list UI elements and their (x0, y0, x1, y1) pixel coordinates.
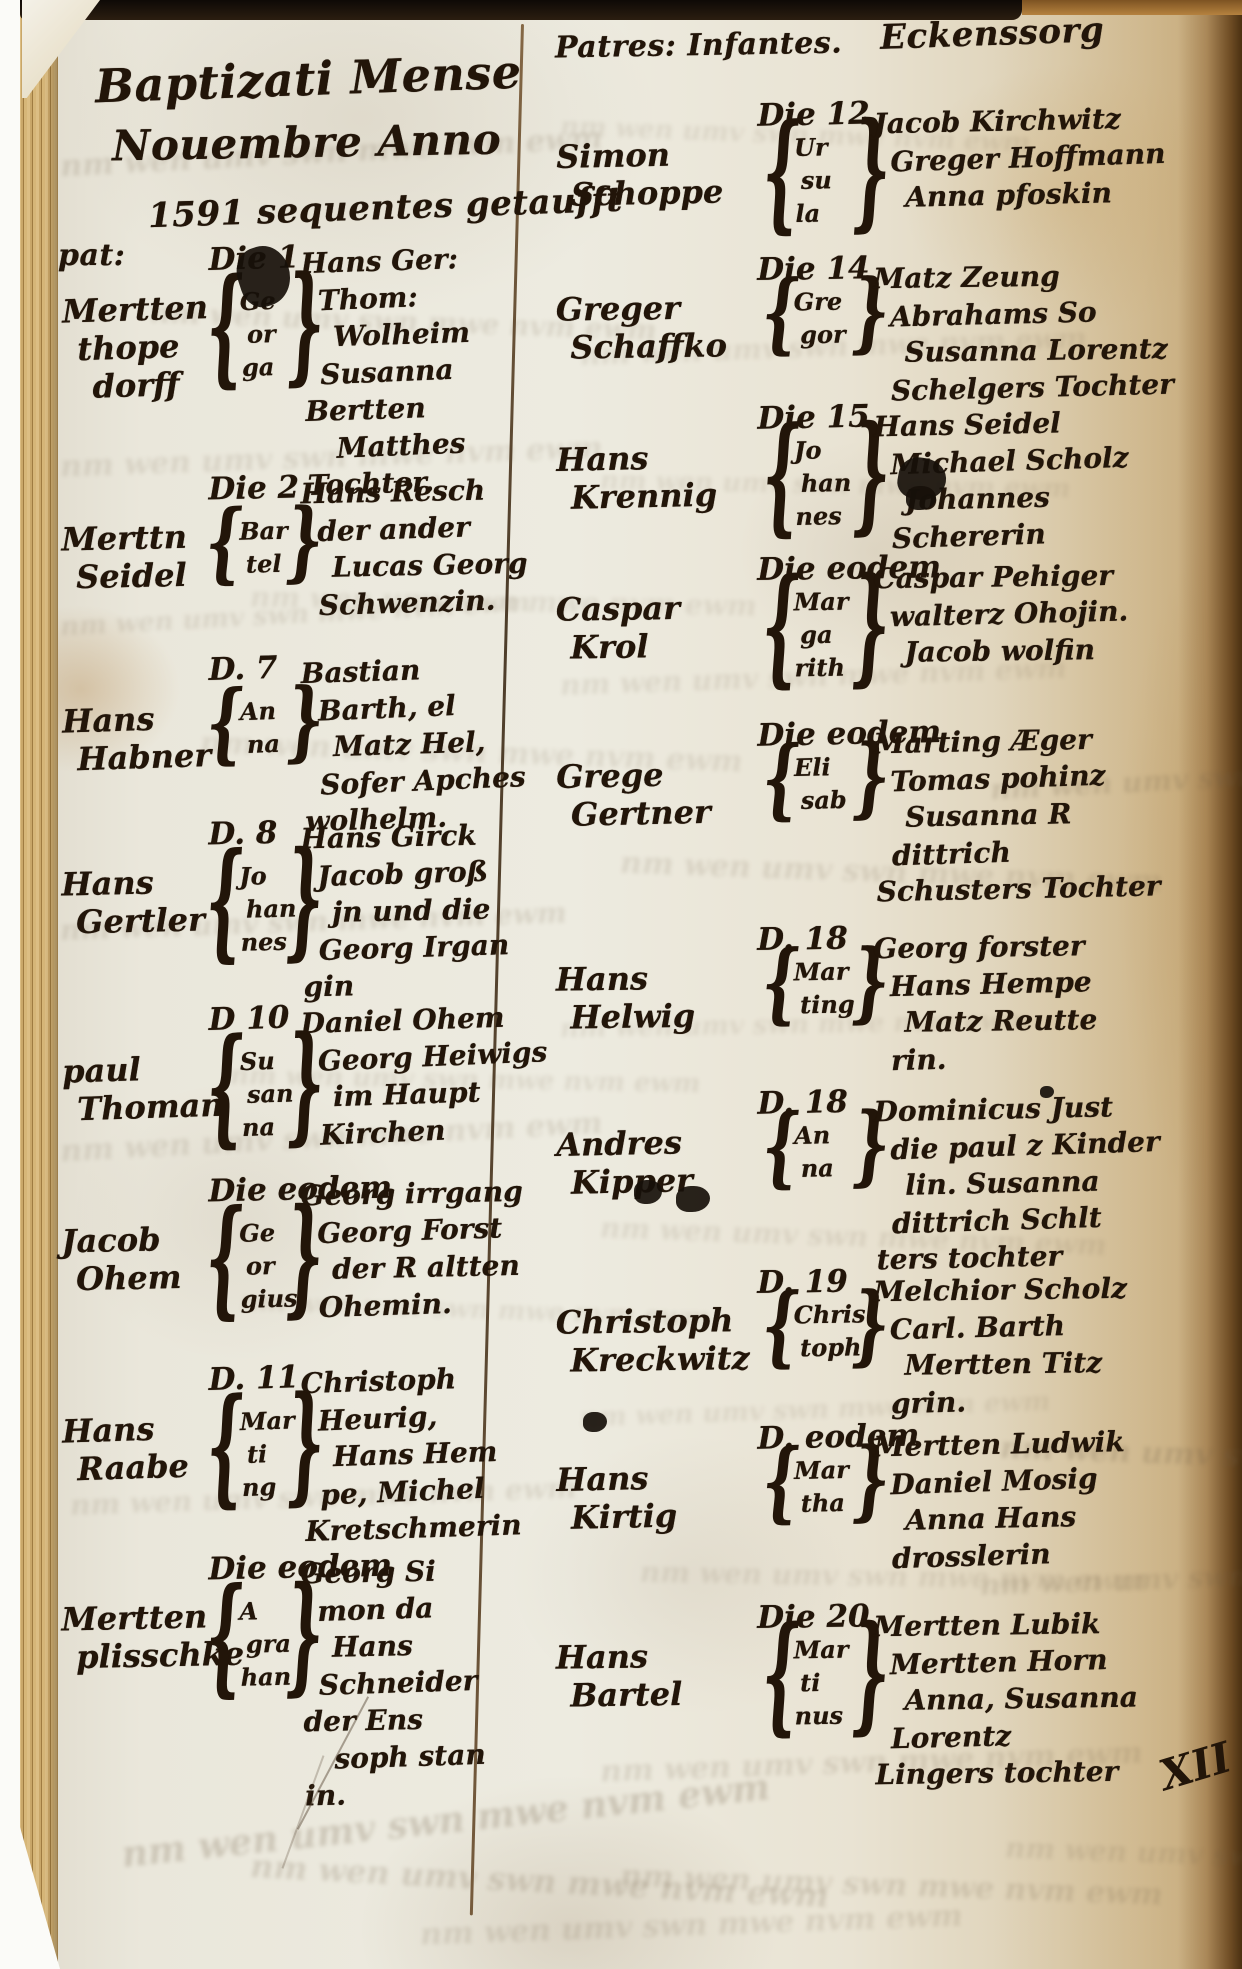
parent-name-line: Simon (556, 135, 723, 176)
godparent-list: BastianBarth, elMatz Hel,Sofer Apcheswol… (300, 648, 527, 840)
child-name-syllables: Anna (794, 1118, 834, 1185)
godparent-line: Schusters Tochter (876, 867, 1161, 910)
godparent-line: Lucas Georg (332, 545, 528, 586)
child-syllable: tel (246, 547, 289, 581)
child-name-syllables: Margarith (793, 585, 849, 685)
brace-open-icon: { (204, 1571, 244, 1699)
godparent-line: Lorentz (891, 1714, 1139, 1757)
brace-open-icon: { (204, 836, 244, 964)
brace-open-icon: { (204, 1193, 244, 1321)
godparent-line: Hans Resch (300, 471, 526, 513)
godparent-line: soph stan (334, 1736, 486, 1778)
godparent-line: Abrahams So (889, 292, 1173, 336)
godparent-list: Mertten LubikMertten HornAnna, SusannaLo… (873, 1605, 1139, 1794)
parent-name-line: Bartel (570, 1675, 682, 1715)
parent-name-line: Schoppe (571, 173, 724, 214)
child-name-syllables: Marting (793, 955, 854, 1022)
parent-name: ChristophKreckwitz (556, 1301, 750, 1380)
godparent-line: Hans Hempe (889, 963, 1097, 1005)
child-syllable: Ur (794, 130, 832, 164)
child-syllable: ti (800, 1666, 849, 1700)
parent-name: HansHelwig (556, 959, 696, 1037)
godparent-list: Mertten LudwikDaniel MosigAnna Hansdross… (873, 1423, 1127, 1576)
parent-name-line: Krennig (571, 476, 718, 517)
child-syllable: ga (241, 350, 278, 384)
parent-name: JacobOhem (61, 1220, 182, 1298)
child-syllable: gra (246, 1627, 292, 1661)
godparent-line: Ohemin. (318, 1283, 525, 1326)
child-syllable: Bar (239, 514, 288, 548)
godparent-line: der ander (317, 507, 528, 551)
godparent-line: Matthes (336, 424, 474, 467)
godparent-line: mon da (317, 1588, 483, 1630)
parent-name-line: dorff (92, 364, 211, 406)
child-syllable: Jo (794, 433, 851, 467)
child-syllable: Mar (793, 1633, 848, 1667)
parent-name: HansGertler (61, 862, 205, 941)
godparent-line: Mertten Ludwik (873, 1423, 1125, 1465)
godparent-line: der R altten (332, 1247, 525, 1288)
godparent-list: Daniel OhemGeorg Heiwigsim HauptKirchen (300, 997, 550, 1153)
brace-open-icon: { (205, 498, 244, 586)
parent-name: MerttnSeidel (61, 518, 188, 597)
child-syllable: sab (800, 783, 847, 817)
child-syllable: An (239, 694, 279, 728)
godparent-list: Hans GirckJacob großjn und dieGeorg Irga… (300, 816, 510, 1005)
godparent-line: walterz Ohojin. (889, 592, 1128, 635)
parent-name-line: Andres (556, 1123, 693, 1164)
child-syllable: nus (794, 1699, 849, 1733)
godparent-line: Hans Ger: (300, 240, 468, 282)
brace-open-icon: { (205, 678, 245, 766)
manuscript-page-scan: nm wen umv swn mwe nvm ewmnm wen umv swn… (0, 0, 1242, 1969)
godparent-list: Hans Reschder anderLucas GeorgSchwenzin. (300, 471, 529, 624)
godparent-line: Schneider (318, 1662, 484, 1704)
backing-strip (0, 0, 20, 1969)
godparent-line: Susanna (319, 350, 471, 393)
child-syllable: la (795, 196, 833, 230)
godparent-line: Georg Forst (317, 1209, 524, 1252)
child-syllable: ting (800, 988, 855, 1022)
parent-name: HansKirtig (556, 1458, 678, 1536)
parent-name-line: Mertten (62, 288, 209, 331)
godparent-list: Georg forsterHans HempeMatz Reutterin. (873, 927, 1098, 1078)
child-syllable: ga (800, 618, 849, 652)
godparent-line: Lingers tochter (875, 1753, 1139, 1794)
godparent-line: Mertten Titz (904, 1344, 1128, 1384)
parent-name-line: Hans (556, 1637, 682, 1677)
godparent-line: Hans Girck (300, 816, 507, 857)
child-syllable: nes (795, 499, 852, 533)
parent-name-line: Hans (556, 1458, 677, 1499)
child-syllable: Gre (793, 285, 845, 319)
parent-name-line: Schaffko (570, 326, 727, 366)
parent-name-line: Kreckwitz (570, 1339, 750, 1380)
godparent-line: Thom: (317, 276, 469, 319)
parent-name: GregerSchaffko (556, 288, 728, 366)
parent-name-line: Krol (570, 627, 681, 667)
child-syllable: Mar (793, 955, 854, 989)
parent-name-line: Raabe (77, 1447, 190, 1488)
godparent-list: Matz ZeungAbrahams SoSusanna LorentzSche… (873, 256, 1174, 408)
godparent-line: Matz Reutte (904, 1001, 1097, 1041)
child-syllable: Eli (794, 750, 847, 784)
godparent-line: Daniel Mosig (890, 1459, 1126, 1503)
parent-name: AndresKipper (556, 1123, 693, 1202)
godparent-line: Georg Irgan (318, 926, 509, 969)
godparent-list: ChristophHeurig,Hans Hempe, MichelKretsc… (300, 1358, 522, 1550)
page-edge-right (1178, 0, 1242, 1969)
child-syllable: na (800, 1151, 834, 1185)
child-syllable: han (240, 1660, 292, 1694)
parent-name-line: Gertler (76, 900, 205, 941)
parent-name-line: Helwig (570, 997, 695, 1037)
godparent-line: Schelgers Tochter (891, 366, 1175, 410)
child-syllable: or (246, 317, 277, 351)
page-title-line2: Nouembre Anno (112, 115, 502, 171)
child-name-syllables: Ursula (794, 130, 833, 230)
margin-note: pat: (58, 238, 125, 273)
book-gutter-page-edges (18, 0, 58, 1969)
godparent-line: Anna Hans (905, 1497, 1127, 1539)
parent-name: HansRaabe (62, 1409, 190, 1489)
godparent-line: Matz Zeung (873, 256, 1172, 297)
child-syllable: gor (800, 318, 846, 352)
parent-name: GregeGertner (556, 755, 711, 834)
binding-top-edge (20, 0, 1022, 20)
child-name-syllables: Bartel (239, 514, 289, 581)
parent-name-line: Seidel (76, 556, 188, 596)
child-syllable: han (800, 466, 851, 500)
godparent-list: Caspar Pehigerwalterz Ohojin.Jacob wolfi… (873, 557, 1129, 672)
godparent-line: der Ens (303, 1700, 485, 1741)
parent-name-line: Gertner (571, 793, 712, 834)
godparent-line: Anna, Susanna (904, 1679, 1138, 1719)
child-syllable: Mar (794, 1453, 849, 1487)
godparent-line: Susanna Lorentz (904, 330, 1173, 371)
godparent-line: Caspar Pehiger (873, 557, 1128, 598)
place-heading: Eckenssorg (879, 10, 1104, 58)
child-syllable: su (800, 163, 832, 197)
parent-name-line: Kirtig (571, 1496, 678, 1536)
parent-name-line: Habner (77, 736, 212, 778)
parent-name: HansHabner (62, 698, 212, 779)
godparent-line: Georg Si (300, 1552, 482, 1593)
child-syllable: Mar (793, 585, 848, 619)
parent-name-line: Grege (556, 755, 711, 796)
parent-name: Merttenthopedorff (62, 288, 211, 407)
child-name-syllables: Agrahan (239, 1594, 292, 1694)
godparent-list: Georg Simon daHansSchneiderder Enssoph s… (300, 1552, 487, 1815)
godparent-line: in. (305, 1774, 487, 1815)
child-syllable: tha (800, 1486, 849, 1520)
godparent-line: Wolheim (332, 314, 470, 355)
parent-name: HansBartel (556, 1637, 683, 1715)
child-name-syllables: Anna (239, 694, 280, 761)
godparent-line: Jacob wolfin (904, 631, 1129, 671)
godparent-list: Jacob KirchwitzGreger HoffmannAnna pfosk… (873, 99, 1166, 216)
godparent-line: Melchior Scholz (873, 1270, 1127, 1311)
godparent-line: Jacob groß (317, 852, 508, 895)
parent-name-line: Hans (62, 698, 211, 741)
godparent-list: Marting ÆgerTomas pohinzSusanna Rdittric… (873, 719, 1161, 910)
parent-name-line: Greger (556, 288, 727, 328)
parent-name-line: thope (77, 326, 210, 368)
child-syllable: rith (794, 651, 849, 685)
parent-name: paulThoman (62, 1048, 225, 1129)
godparent-line: Hans (332, 1626, 484, 1666)
child-syllable: An (794, 1118, 834, 1152)
godparent-list: Dominicus Justdie paul z Kinderlin. Susa… (873, 1087, 1162, 1278)
godparent-line: Mertten Horn (889, 1640, 1137, 1683)
parent-name-line: Ohem (76, 1258, 182, 1298)
parent-name-line: Thoman (77, 1086, 224, 1129)
child-name-syllables: Gregor (793, 285, 845, 352)
godparent-line: Schwenzin. (318, 581, 529, 625)
child-name-syllables: Elisab (794, 750, 847, 817)
godparent-line: Georg forster (873, 927, 1096, 967)
parent-name: HansKrennig (556, 438, 718, 517)
godparent-list: Hans Ger:Thom:WolheimSusannaBerttenMatth… (300, 240, 475, 504)
parent-name-line: paul (62, 1048, 223, 1091)
parent-name-line: Christoph (556, 1301, 750, 1342)
parent-name-line: Hans (61, 862, 204, 903)
godparent-line: drosslerin (891, 1533, 1127, 1577)
child-syllable: na (246, 727, 280, 761)
parent-name-line: Hans (62, 1409, 189, 1451)
child-name-syllables: Johannes (794, 433, 853, 533)
child-name-syllables: Martinus (793, 1633, 849, 1733)
godparent-line: jn und die (332, 890, 509, 931)
godparent-line: rin. (891, 1037, 1099, 1079)
godparent-line: Bertten (305, 388, 473, 430)
parent-name-line: Kipper (571, 1161, 694, 1202)
parent-name-line: Merttn (61, 518, 187, 559)
parent-name: CasparKrol (556, 589, 681, 667)
godparent-list: Georg irrgangGeorg Forstder R alttenOhem… (300, 1173, 525, 1326)
godparent-list: Melchior ScholzCarl. BarthMertten Titzgr… (873, 1270, 1129, 1422)
godparent-line: Carl. Barth (889, 1305, 1127, 1348)
godparent-line: grin. (891, 1379, 1129, 1422)
parent-name: SimonSchoppe (556, 135, 724, 214)
parent-name-line: Jacob (61, 1220, 181, 1260)
godparent-line: Mertten Lubik (873, 1605, 1137, 1646)
parent-name-line: Hans (556, 959, 695, 999)
godparent-line: Georg irrgang (300, 1173, 523, 1215)
godparent-line: Anna pfoskin (905, 173, 1167, 215)
child-syllable: A (239, 1594, 291, 1628)
child-name-syllables: Martha (794, 1453, 850, 1520)
parent-name-line: Caspar (556, 589, 681, 629)
patres-column-heading: Patres: Infantes. (555, 25, 843, 65)
parent-name-line: Hans (556, 438, 717, 479)
